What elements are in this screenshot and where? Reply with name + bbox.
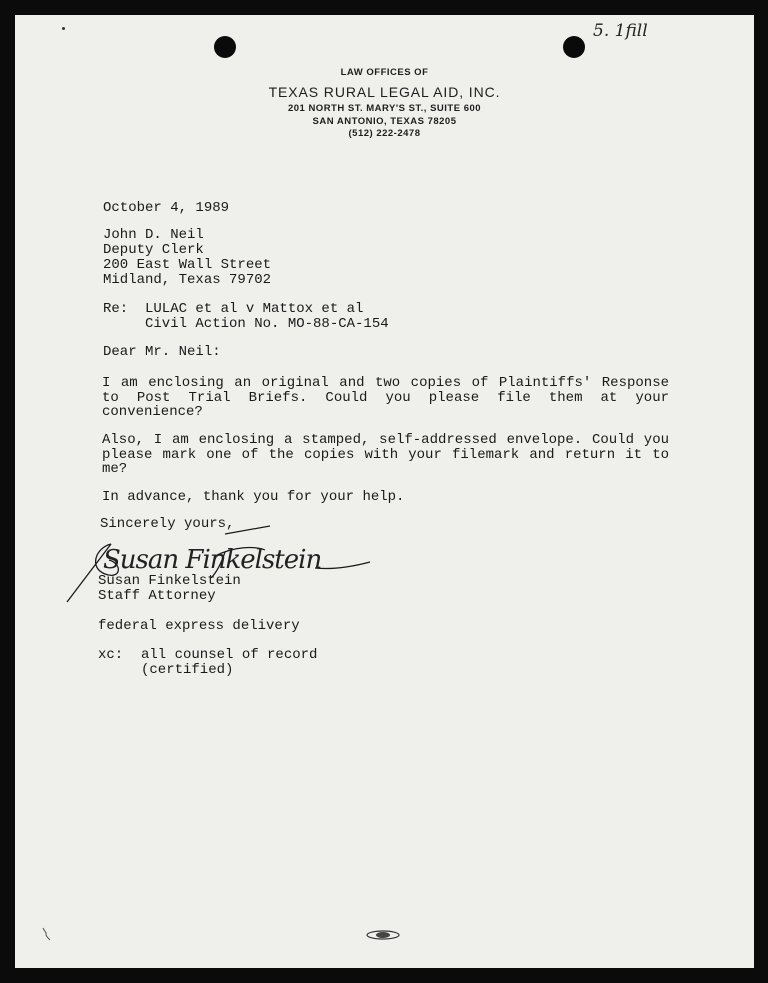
- xc-method: (certified): [141, 663, 233, 678]
- body-paragraph-3: In advance, thank you for your help.: [102, 490, 404, 505]
- salutation: Dear Mr. Neil:: [103, 345, 221, 360]
- delivery-note: federal express delivery: [98, 619, 300, 634]
- recipient-title: Deputy Clerk: [103, 243, 204, 258]
- punch-hole-right: [563, 36, 585, 58]
- punch-hole-left: [214, 36, 236, 58]
- letterhead-phone: (512) 222-2478: [15, 128, 754, 139]
- printer-union-bug-icon: [365, 929, 401, 941]
- re-case-name: LULAC et al v Mattox et al: [145, 302, 363, 317]
- signer-name: Susan Finkelstein: [98, 574, 241, 589]
- letterhead-prefix: LAW OFFICES OF: [15, 67, 754, 78]
- re-case-number: Civil Action No. MO-88-CA-154: [145, 317, 389, 332]
- recipient-street: 200 East Wall Street: [103, 258, 271, 273]
- recipient-name: John D. Neil: [103, 228, 204, 243]
- letter-date: October 4, 1989: [103, 201, 229, 216]
- letterhead-address-1: 201 NORTH ST. MARY'S ST., SUITE 600: [15, 103, 754, 114]
- signature: Susan Finkelstein: [103, 545, 321, 575]
- body-paragraph-2: Also, I am enclosing a stamped, self-add…: [102, 433, 669, 477]
- re-label: Re:: [103, 302, 128, 317]
- signer-title: Staff Attorney: [98, 589, 216, 604]
- xc-label: xc:: [98, 648, 123, 663]
- letter-page: 5. 1fill LAW OFFICES OF TEXAS RURAL LEGA…: [15, 15, 754, 968]
- stray-mark: [41, 927, 53, 941]
- letterhead-address-2: SAN ANTONIO, TEXAS 78205: [15, 116, 754, 127]
- speck-mark: [62, 27, 65, 30]
- handwritten-note: 5. 1fill: [593, 21, 648, 41]
- xc-recipients: all counsel of record: [141, 648, 317, 663]
- letterhead-firm-name: TEXAS RURAL LEGAL AID, INC.: [15, 84, 754, 100]
- body-paragraph-1: I am enclosing an original and two copie…: [102, 376, 669, 420]
- recipient-city: Midland, Texas 79702: [103, 273, 271, 288]
